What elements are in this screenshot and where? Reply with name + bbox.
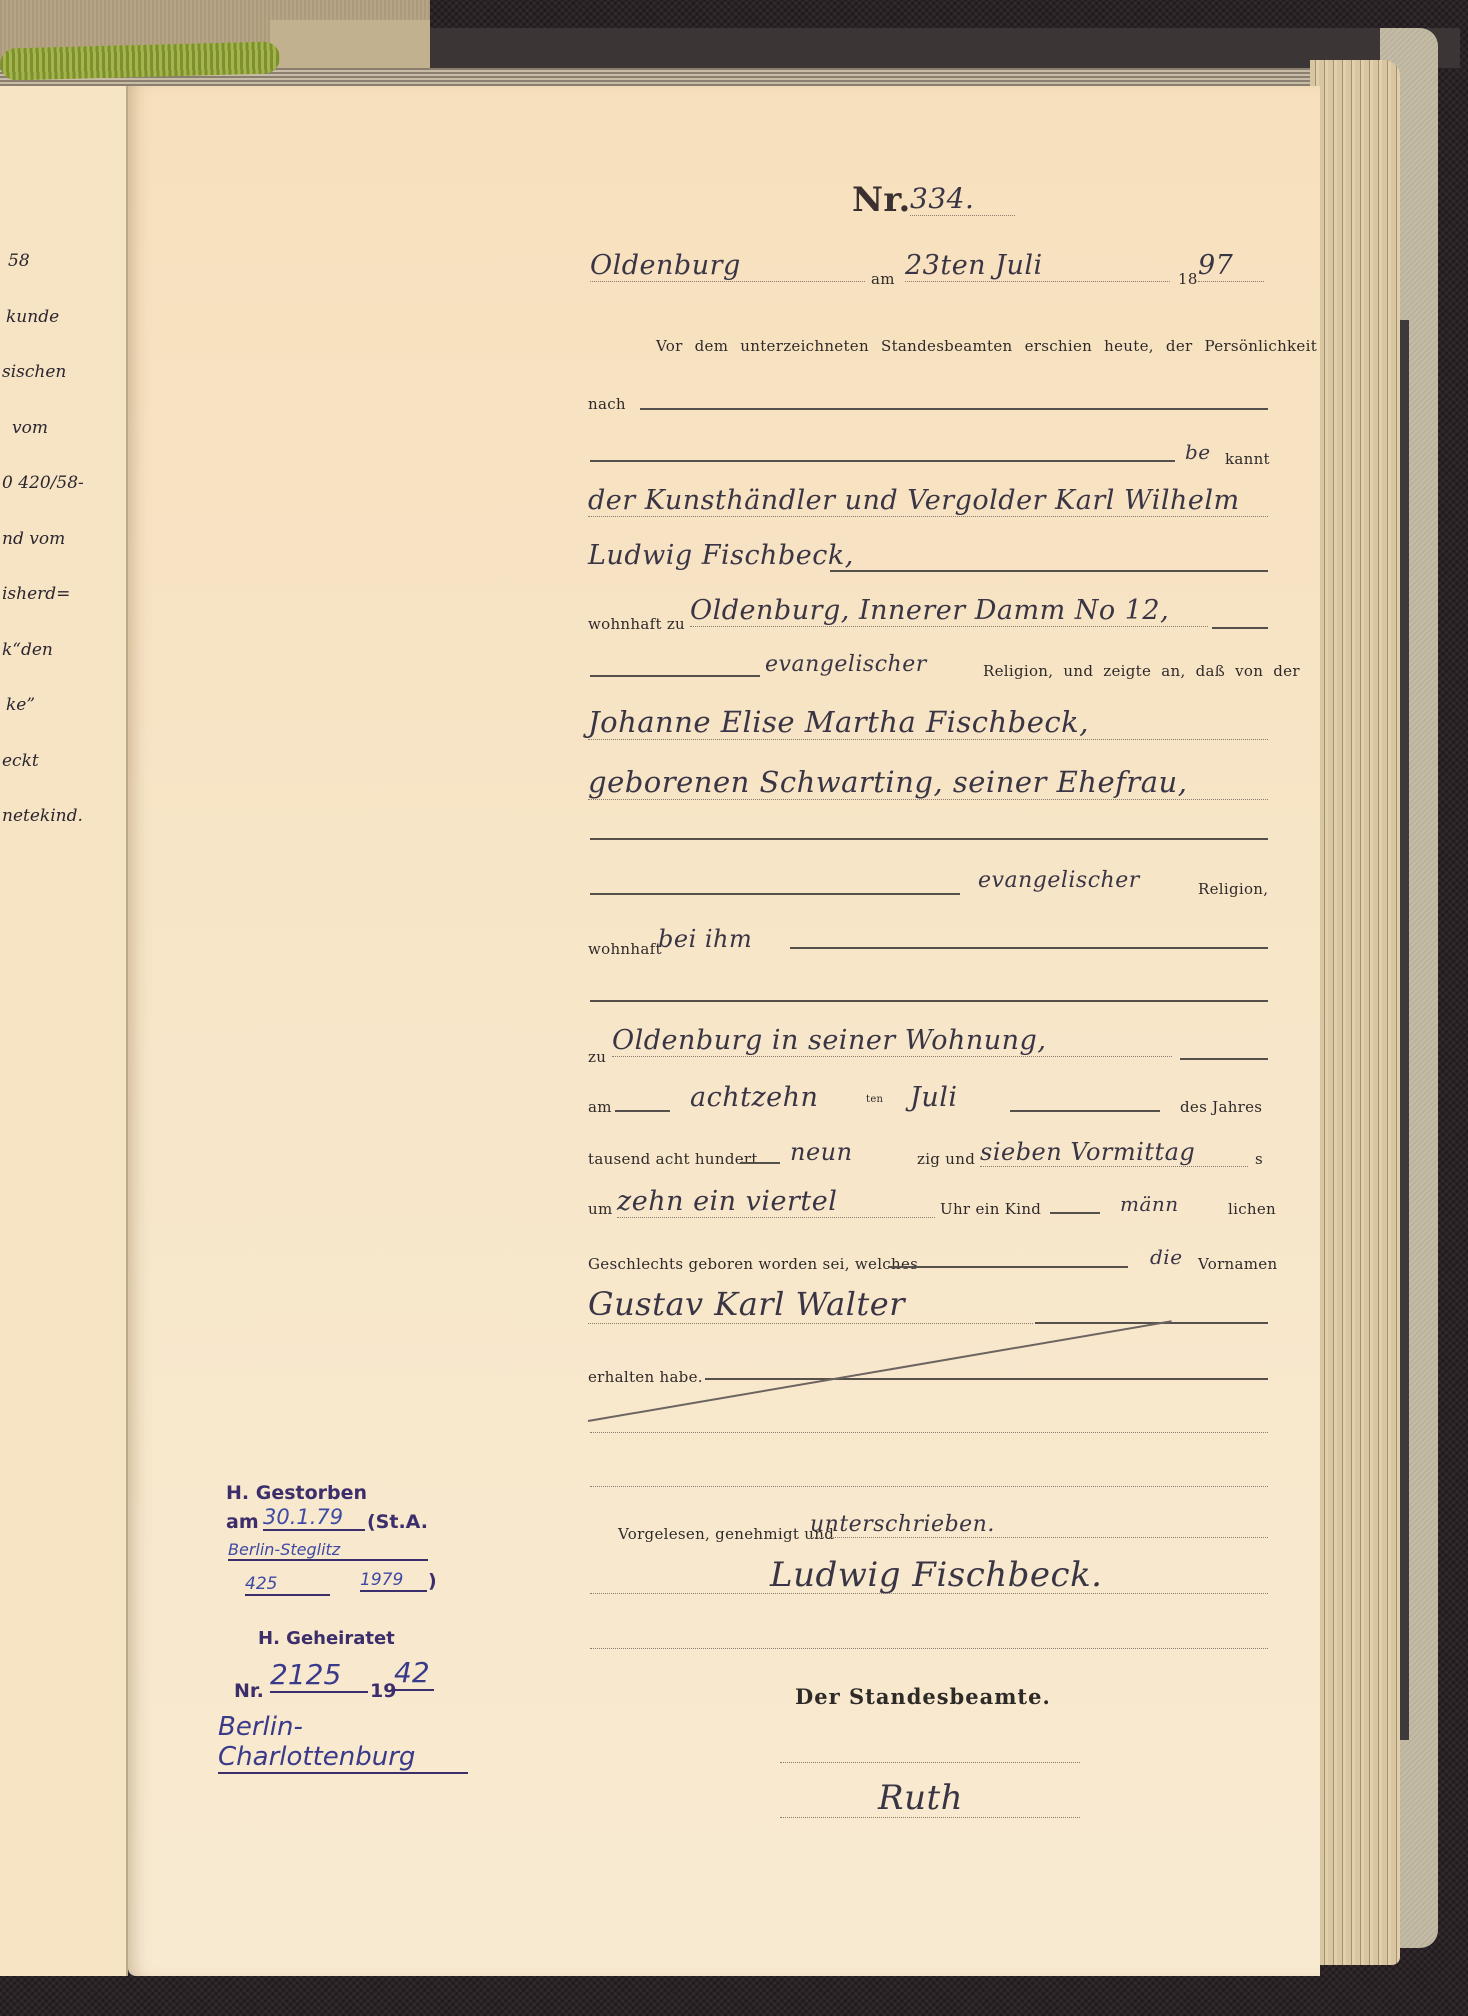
- left-note-line: nd vom: [2, 530, 124, 549]
- um-label: um: [588, 1200, 612, 1218]
- erhalten-rule: [705, 1378, 1268, 1380]
- year-tens: neun: [790, 1138, 853, 1166]
- marriage-year-suffix: 42: [394, 1656, 434, 1691]
- left-note-line: netekind.: [2, 807, 124, 826]
- registrar-dotted-1: [780, 1762, 1080, 1763]
- marriage-year-prefix: 19: [370, 1680, 396, 1702]
- mother-residence-rule: [790, 947, 1268, 949]
- birth-day: achtzehn: [690, 1082, 818, 1113]
- blank-dotted-1: [590, 1432, 1268, 1433]
- residence-rule: [1212, 627, 1268, 629]
- birth-time: zehn ein viertel: [617, 1186, 935, 1218]
- s-suffix: s: [1255, 1150, 1263, 1168]
- left-note-line: kunde: [2, 308, 124, 327]
- left-note-line: 58: [2, 252, 124, 271]
- registrar-signature: Ruth: [878, 1778, 963, 1818]
- bekannt-line: [590, 460, 1175, 462]
- year-printed: 18: [1178, 270, 1198, 288]
- birth-month: Juli: [910, 1082, 957, 1113]
- place-field: Oldenburg: [590, 250, 865, 282]
- mother-line-2: geborenen Schwarting, seiner Ehefrau,: [588, 765, 1268, 800]
- informant-residence: Oldenburg, Innerer Damm No 12,: [690, 595, 1208, 627]
- death-stamp-sta: (St.A.: [367, 1511, 428, 1533]
- des-jahres-label: des Jahres: [1180, 1098, 1262, 1116]
- die-field: die: [1150, 1245, 1183, 1269]
- registrar-title: Der Standesbeamte.: [795, 1684, 1051, 1709]
- birth-place: Oldenburg in seiner Wohnung,: [612, 1025, 1172, 1057]
- left-margin-note: 58 kunde sischen vom 0 420/58- nd vom is…: [2, 215, 124, 844]
- religion-clause: Religion, und zeigte an, daß von der: [983, 662, 1300, 680]
- vornamen-label: Vornamen: [1198, 1255, 1277, 1273]
- marriage-number: 2125: [270, 1658, 368, 1693]
- wohnhaft-zu-label: wohnhaft zu: [588, 615, 685, 633]
- book-binding-tab: [270, 20, 430, 72]
- wohnhaft-label: wohnhaft: [588, 940, 662, 958]
- left-note-line: isherd=: [2, 585, 124, 604]
- informant-religion: evangelischer: [765, 652, 927, 677]
- marriage-office: Berlin-Charlottenburg: [218, 1712, 468, 1774]
- tausend-rule: [740, 1162, 780, 1164]
- sex-field: männ: [1120, 1192, 1179, 1216]
- left-note-line: vom: [2, 419, 124, 438]
- informant-line-2: Ludwig Fischbeck,: [588, 540, 854, 571]
- page-stack-right: [1310, 60, 1400, 1965]
- erhalten-label: erhalten habe.: [588, 1368, 703, 1386]
- zig-und-label: zig und: [917, 1150, 975, 1168]
- mother-blank-rule: [590, 838, 1268, 840]
- bekannt-label: kannt: [1225, 450, 1270, 468]
- child-names: Gustav Karl Walter: [588, 1285, 1033, 1324]
- left-note-line: sischen: [2, 363, 124, 382]
- death-stamp-am: am: [226, 1511, 259, 1533]
- mother-residence: bei ihm: [658, 925, 752, 953]
- religion-lead-rule: [590, 675, 760, 677]
- date-field: 23ten Juli: [905, 250, 1170, 282]
- year-field: 97: [1198, 250, 1264, 282]
- uhr-label: Uhr ein Kind: [940, 1200, 1041, 1218]
- tausend-label: tausend acht hundert: [588, 1150, 758, 1168]
- record-number-label: Nr.: [852, 180, 911, 220]
- zu-label: zu: [588, 1048, 606, 1066]
- bekannt-hand: be: [1185, 440, 1211, 464]
- signature-dotted-line: [590, 1593, 1268, 1594]
- nach-label: nach: [588, 395, 626, 413]
- year-units-time: sieben Vormittag: [980, 1138, 1248, 1167]
- blank-dotted-2: [590, 1486, 1268, 1487]
- lichen-label: lichen: [1228, 1200, 1276, 1218]
- death-record-no: 425: [245, 1574, 330, 1596]
- informant-line-1: der Kunsthändler und Vergolder Karl Wilh…: [588, 485, 1268, 517]
- am-lead-rule: [615, 1110, 670, 1112]
- intro-text: Vor dem unterzeichneten Standesbeamten e…: [656, 337, 1317, 355]
- left-note-line: ke”: [2, 696, 124, 715]
- month-rule: [1010, 1110, 1160, 1112]
- mother-religion: evangelischer: [978, 868, 1140, 893]
- death-office: Berlin-Steglitz: [228, 1540, 428, 1561]
- am-label: am: [588, 1098, 612, 1116]
- sex-lead-rule: [1050, 1212, 1100, 1214]
- religion-label: Religion,: [1198, 880, 1268, 898]
- blank-rule-2: [590, 1000, 1268, 1002]
- left-note-line: eckt: [2, 752, 124, 771]
- nach-line: [640, 408, 1268, 410]
- birth-place-rule: [1180, 1058, 1268, 1060]
- geschlechts-rule: [888, 1266, 1128, 1268]
- book-spine-dark: [430, 28, 1460, 68]
- death-stamp-close: ): [428, 1570, 437, 1592]
- ten-label: ten: [866, 1094, 883, 1105]
- mother-line-1: Johanne Elise Martha Fischbeck,: [588, 705, 1268, 740]
- blank-dotted-3: [590, 1648, 1268, 1649]
- informant-signature: Ludwig Fischbeck.: [770, 1555, 1102, 1595]
- death-record-year: 1979: [360, 1570, 427, 1592]
- left-note-line: k“den: [2, 641, 124, 660]
- death-date: 30.1.79: [263, 1505, 365, 1531]
- marriage-stamp-title: H. Geheiratet: [258, 1628, 395, 1649]
- unterschrieben-field: unterschrieben.: [810, 1512, 1268, 1538]
- marriage-nr-label: Nr.: [234, 1680, 264, 1702]
- vorgelesen-label: Vorgelesen, genehmigt und: [618, 1525, 834, 1543]
- record-number-value: 334.: [910, 182, 1015, 216]
- left-note-line: 0 420/58-: [2, 474, 124, 493]
- date-prefix: am: [871, 270, 895, 288]
- death-stamp-title: H. Gestorben: [226, 1482, 367, 1504]
- informant-line-2-rule: [830, 570, 1268, 572]
- mother-religion-lead: [590, 893, 960, 895]
- geschlechts-label: Geschlechts geboren worden sei, welches: [588, 1255, 918, 1273]
